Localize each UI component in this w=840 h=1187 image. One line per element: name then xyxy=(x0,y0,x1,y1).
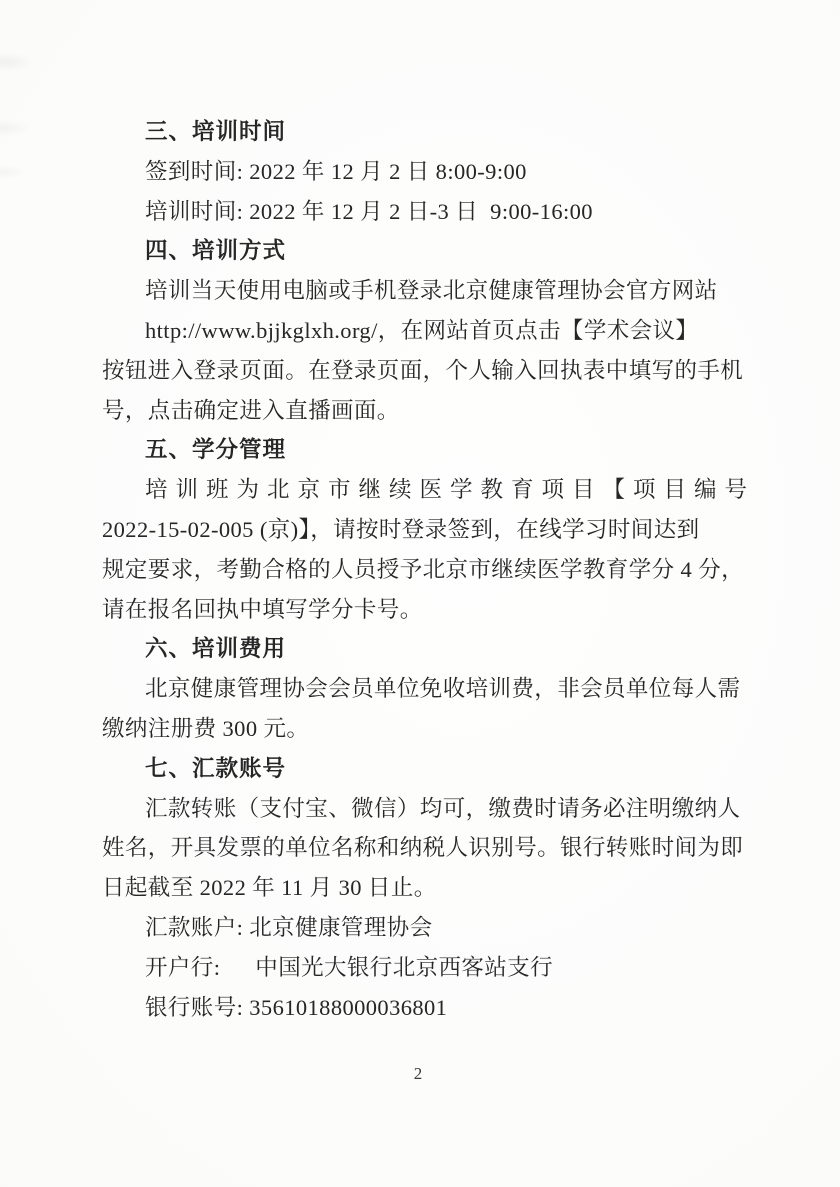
section-heading: 五、学分管理 xyxy=(102,430,762,470)
text-line: 缴纳注册费 300 元。 xyxy=(102,709,762,749)
text-line: 日起截至 2022 年 11 月 30 日止。 xyxy=(102,868,762,908)
text-line: http://www.bjjkglxh.org/，在网站首页点击【学术会议】 xyxy=(102,311,762,351)
section-heading: 四、培训方式 xyxy=(102,231,762,271)
text-line: 汇款转账（支付宝、微信）均可，缴费时请务必注明缴纳人 xyxy=(102,789,762,829)
text-line: 培训当天使用电脑或手机登录北京健康管理协会官方网站 xyxy=(102,271,762,311)
section-heading: 三、培训时间 xyxy=(102,112,762,152)
page-number: 2 xyxy=(102,1062,734,1086)
document-page: 三、培训时间签到时间: 2022 年 12 月 2 日 8:00-9:00培训时… xyxy=(0,0,840,1187)
text-line: 2022-15-02-005 (京)】，请按时登录签到，在线学习时间达到 xyxy=(102,510,762,550)
text-line: 规定要求，考勤合格的人员授予北京市继续医学教育学分 4 分， xyxy=(102,550,762,590)
text-line: 培训时间: 2022 年 12 月 2 日-3 日 9:00-16:00 xyxy=(102,192,762,232)
text-line: 汇款账户: 北京健康管理协会 xyxy=(102,908,762,948)
text-line: 请在报名回执中填写学分卡号。 xyxy=(102,590,762,630)
text-line: 北京健康管理协会会员单位免收培训费，非会员单位每人需 xyxy=(102,669,762,709)
text-line: 开户行: 中国光大银行北京西客站支行 xyxy=(102,948,762,988)
section-heading: 七、汇款账号 xyxy=(102,749,762,789)
text-line: 银行账号: 35610188000036801 xyxy=(102,988,762,1028)
document-content: 三、培训时间签到时间: 2022 年 12 月 2 日 8:00-9:00培训时… xyxy=(102,112,762,1027)
text-line: 签到时间: 2022 年 12 月 2 日 8:00-9:00 xyxy=(102,152,762,192)
text-line: 培训班为北京市继续医学教育项目【项目编号 xyxy=(102,470,762,510)
section-heading: 六、培训费用 xyxy=(102,629,762,669)
text-line: 号，点击确定进入直播画面。 xyxy=(102,391,762,431)
text-line: 姓名，开具发票的单位名称和纳税人识别号。银行转账时间为即 xyxy=(102,828,762,868)
text-line: 按钮进入登录页面。在登录页面，个人输入回执表中填写的手机 xyxy=(102,351,762,391)
